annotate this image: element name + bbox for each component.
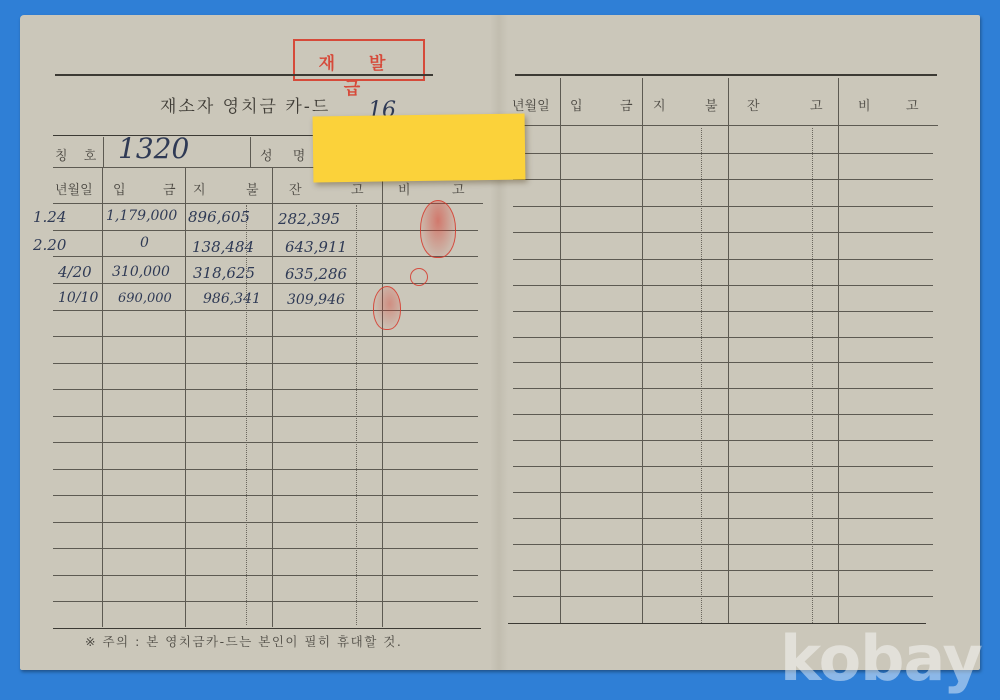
right-row-line [513, 259, 933, 260]
right-row-line [513, 440, 933, 441]
left-row-line [53, 522, 478, 523]
left-row-line [53, 363, 478, 364]
left-col-remarks-b: 고 [452, 179, 465, 198]
entry-balance: 635,286 [285, 265, 347, 283]
left-row-line [53, 230, 478, 231]
left-v-dot-2 [356, 205, 357, 625]
footer-note: ※ 주의 : 본 영치금카-드는 본인이 필히 휴대할 것. [85, 632, 402, 650]
left-col-payment-a: 지 [193, 179, 206, 198]
right-col-deposit-b: 금 [620, 95, 633, 114]
right-col-remarks-b: 고 [906, 95, 919, 114]
left-row-line [53, 416, 478, 417]
left-row-line [53, 336, 478, 337]
entry-deposit: 0 [140, 235, 149, 251]
right-row-line [513, 570, 933, 571]
left-table-bottom-rule [53, 628, 481, 629]
right-v-dot-2 [812, 128, 813, 623]
entry-date: 10/10 [58, 290, 98, 306]
seal-icon [373, 286, 401, 330]
right-row-line [513, 466, 933, 467]
left-row-line [53, 495, 478, 496]
left-v-1 [102, 167, 103, 627]
right-v-4 [838, 78, 839, 623]
sticky-note [313, 114, 526, 183]
entry-date: 1.24 [33, 208, 66, 226]
left-row-line [53, 575, 478, 576]
left-col-deposit-a: 입 [113, 179, 126, 198]
left-col-remarks-a: 비 [398, 179, 411, 198]
left-col-payment-b: 불 [246, 179, 259, 198]
seal-icon [420, 200, 456, 258]
left-top-rule [55, 74, 433, 76]
right-v-3 [728, 78, 729, 623]
left-row-line [53, 469, 478, 470]
left-v-3 [272, 167, 273, 627]
right-row-line [513, 414, 933, 415]
right-col-deposit-a: 입 [570, 95, 583, 114]
entry-balance: 309,946 [287, 292, 345, 308]
entry-balance: 282,395 [278, 210, 340, 228]
left-row-line [53, 548, 478, 549]
left-v-4 [382, 167, 383, 627]
left-col-date: 년월일 [55, 179, 93, 198]
watermark-logo: kobay [780, 622, 982, 695]
right-row-line [513, 388, 933, 389]
entry-deposit: 310,000 [112, 264, 170, 280]
entry-date: 2.20 [33, 236, 66, 254]
id-divider-1 [103, 137, 104, 167]
entry-deposit: 1,179,000 [106, 208, 177, 224]
entry-payment: 138,484 [192, 238, 254, 256]
left-row-line [53, 389, 478, 390]
right-v-dot-1 [701, 128, 702, 623]
right-row-line [513, 179, 933, 180]
number-value: 1320 [118, 132, 189, 165]
entry-deposit: 690,000 [118, 291, 172, 306]
left-row-line [53, 442, 478, 443]
right-row-line [513, 232, 933, 233]
entry-balance: 643,911 [285, 238, 347, 256]
right-col-payment-b: 불 [705, 95, 718, 114]
right-header-bottom [513, 125, 938, 126]
right-row-line [513, 206, 933, 207]
right-row-line [513, 362, 933, 363]
entry-payment: 986,341 [203, 291, 261, 307]
right-row-line [513, 518, 933, 519]
right-row-line [513, 544, 933, 545]
left-row-line [53, 601, 478, 602]
right-row-line [513, 311, 933, 312]
left-v-2 [185, 167, 186, 627]
left-row-line [53, 256, 478, 257]
right-col-remarks-a: 비 [858, 95, 871, 114]
left-col-balance-a: 잔 [289, 179, 302, 198]
right-row-line [513, 492, 933, 493]
right-row-line [513, 596, 933, 597]
entry-date: 4/20 [58, 263, 92, 281]
right-row-line [513, 337, 933, 338]
right-col-balance-b: 고 [810, 95, 823, 114]
id-divider-2 [250, 137, 251, 167]
right-top-rule [515, 74, 937, 76]
seal-icon [410, 268, 428, 286]
card-title: 재소자 영치금 카-드 [160, 92, 330, 117]
entry-payment: 896,605 [188, 208, 250, 226]
right-row-line [513, 285, 933, 286]
left-row-line [53, 310, 478, 311]
right-v-2 [642, 78, 643, 623]
name-label: 성 명 [260, 145, 313, 164]
right-v-1 [560, 78, 561, 623]
right-col-date: 년월일 [512, 95, 550, 114]
number-label: 칭 호 [55, 145, 102, 164]
left-header-bottom [53, 203, 483, 204]
entry-payment: 318,625 [193, 264, 255, 282]
right-row-line [513, 153, 933, 154]
right-col-balance-a: 잔 [747, 95, 760, 114]
left-col-deposit-b: 금 [163, 179, 176, 198]
right-col-payment-a: 지 [653, 95, 666, 114]
